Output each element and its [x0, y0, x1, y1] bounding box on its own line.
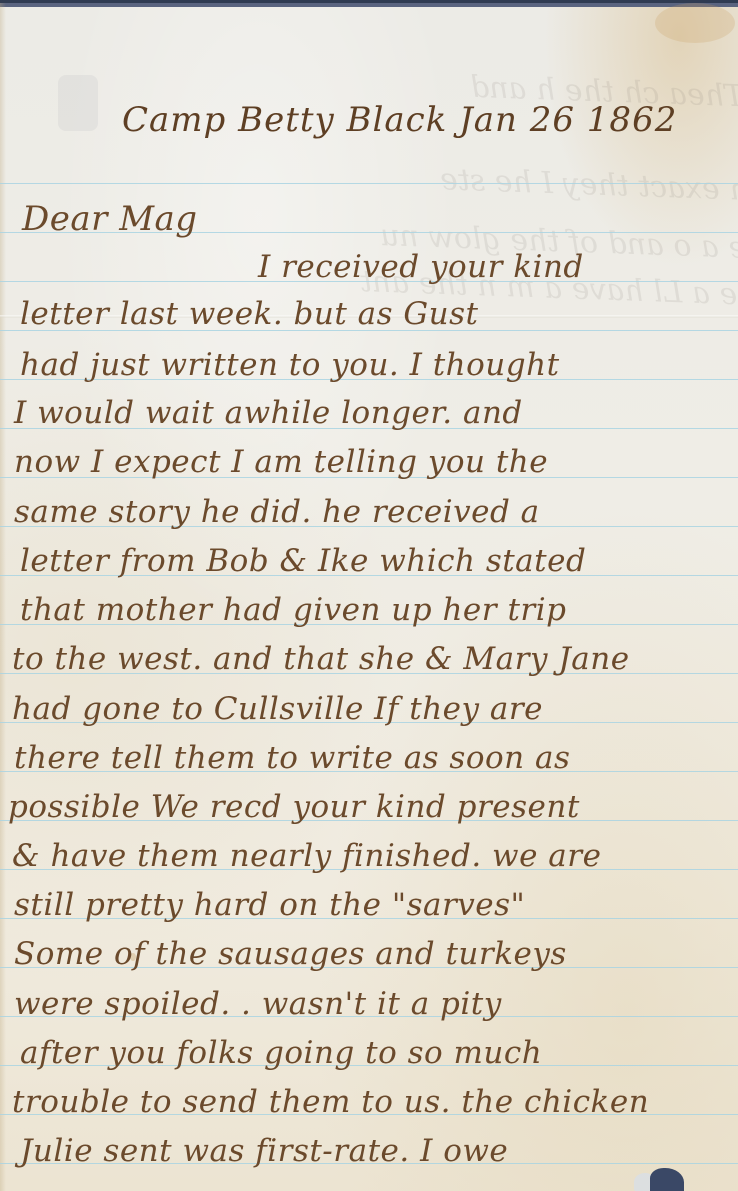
letter-body-line: Some of the sausages and turkeys — [14, 936, 567, 972]
letter-body-line: there tell them to write as soon as — [14, 740, 570, 776]
letter-body-line: that mother had given up her trip — [20, 592, 566, 628]
letter-body-line: Julie sent was first-rate. I owe — [20, 1133, 508, 1169]
letter-body-line: I received your kind — [258, 249, 584, 285]
letter-body-line: possible We recd your kind present — [8, 789, 580, 825]
letter-heading-place-date: Camp Betty Black Jan 26 1862 — [122, 100, 677, 140]
letter-body-line: had gone to Cullsville If they are — [12, 691, 543, 727]
letter-body-line: letter last week. but as Gust — [20, 296, 479, 332]
paper-edge-shadow — [0, 3, 6, 1191]
ruled-line — [0, 183, 738, 184]
letter-body-line: letter from Bob & Ike which stated — [20, 543, 586, 579]
paper-tear-hole — [650, 1168, 684, 1191]
letter-body-line: had just written to you. I thought — [20, 347, 560, 383]
letter-body-line: to the west. and that she & Mary Jane — [12, 641, 630, 677]
embossed-stamp-mark — [58, 75, 98, 131]
letter-body-line: after you folks going to so much — [20, 1035, 542, 1071]
letter-salutation: Dear Mag — [22, 199, 198, 239]
letter-body-line: now I expect I am telling you the — [14, 444, 548, 480]
paper-stain — [655, 3, 735, 43]
letter-body-line: were spoiled. . wasn't it a pity — [14, 986, 502, 1022]
scan-border-top — [0, 3, 738, 7]
bleed-through-text: wh exact they I he ste — [439, 162, 738, 209]
letter-body-line: same story he did. he received a — [14, 494, 540, 530]
letter-body-line: I would wait awhile longer. and — [14, 395, 523, 431]
letter-body-line: trouble to send them to us. the chicken — [12, 1084, 649, 1120]
letter-body-line: still pretty hard on the "sarves" — [14, 887, 525, 923]
letter-body-line: & have them nearly finished. we are — [12, 838, 601, 874]
letter-page: a Thea ch the h and wh exact they I he s… — [0, 3, 738, 1191]
